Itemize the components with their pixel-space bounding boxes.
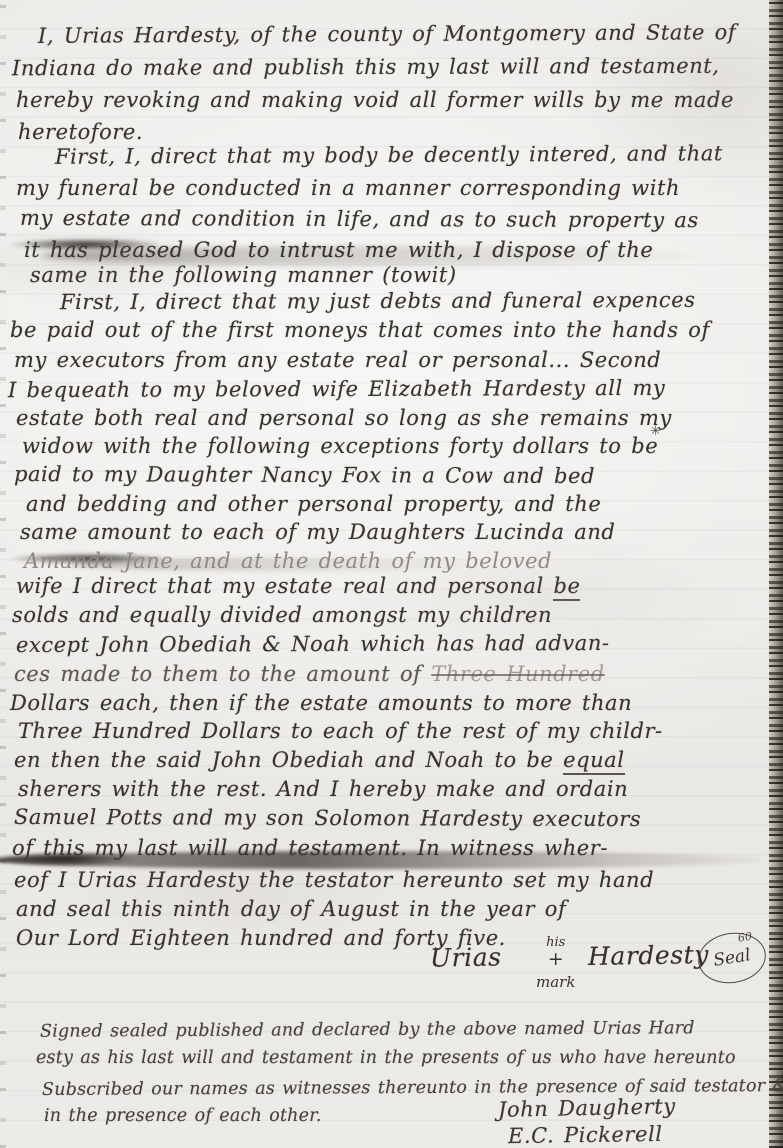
testator-last-name: Hardesty <box>588 940 709 971</box>
will-line: same in the following manner (towit) <box>30 263 457 287</box>
will-line: it has pleased God to intrust me with, I… <box>24 238 653 262</box>
will-line-text: ces made to them to the amount of <box>14 662 431 686</box>
witness-signature: John Daugherty <box>498 1094 676 1122</box>
seal: Seal 60 <box>695 928 770 988</box>
will-line: and bedding and other personal property,… <box>26 492 601 516</box>
will-line: widow with the following exceptions fort… <box>22 434 658 458</box>
document-page: I, Urias Hardesty, of the county of Mont… <box>0 0 783 1148</box>
will-line: sherers with the rest. And I hereby make… <box>18 777 628 801</box>
will-line: estate both real and personal so long as… <box>16 406 672 430</box>
will-line: my estate and condition in life, and as … <box>20 206 699 232</box>
page-binding-edge <box>769 0 783 1148</box>
mark-cross-symbol: + <box>548 950 564 969</box>
will-line: ces made to them to the amount of Three … <box>14 662 605 686</box>
witness-signature: E.C. Pickerell <box>508 1122 663 1148</box>
will-line: same amount to each of my Daughters Luci… <box>20 520 615 544</box>
will-line: I bequeath to my beloved wife Elizabeth … <box>8 376 665 402</box>
will-line: wife I direct that my estate real and pe… <box>16 574 580 598</box>
will-line: my funeral be conducted in a manner corr… <box>16 176 680 200</box>
will-line-text: wife I direct that my estate real and pe… <box>16 574 553 598</box>
will-line: hereby revoking and making void all form… <box>16 88 734 112</box>
attestation-line: esty as his last will and testament in t… <box>36 1048 736 1068</box>
will-line: except John Obediah & Noah which has had… <box>16 631 610 657</box>
will-line-faded: Amanda Jane, and at the death of my belo… <box>24 549 552 573</box>
will-line: Samuel Potts and my son Solomon Hardesty… <box>14 805 641 831</box>
will-line: Indiana do make and publish this my last… <box>12 54 720 80</box>
will-line: solds and equally divided amongst my chi… <box>12 603 552 627</box>
will-line: I, Urias Hardesty, of the county of Mont… <box>38 20 736 48</box>
seal-number: 60 <box>737 930 753 945</box>
will-line: Three Hundred Dollars to each of the res… <box>18 719 663 743</box>
will-line-text: en then the said John Obediah and Noah t… <box>14 748 563 772</box>
will-line: be paid out of the first moneys that com… <box>10 318 710 342</box>
pen-mark: ✳ <box>650 424 661 439</box>
will-line: First, I, direct that my body be decentl… <box>55 141 723 168</box>
attestation-line: Signed sealed published and declared by … <box>40 1018 695 1041</box>
will-line: en then the said John Obediah and Noah t… <box>14 748 625 772</box>
attestation-line: in the presence of each other. <box>44 1106 322 1126</box>
will-line: First, I, direct that my just debts and … <box>60 288 696 314</box>
his-mark: his + mark <box>536 936 575 990</box>
struck-words: Three Hundred <box>431 662 604 686</box>
will-line: heretofore. <box>18 120 143 144</box>
seal-label: Seal <box>712 945 752 971</box>
will-line: paid to my Daughter Nancy Fox in a Cow a… <box>14 462 595 488</box>
testator-first-name: Urias <box>430 942 502 972</box>
underlined-word: equal <box>563 748 624 775</box>
will-line: my executors from any estate real or per… <box>14 348 661 372</box>
will-line: of this my last will and testament. In w… <box>12 836 608 860</box>
mark-label: mark <box>536 975 575 990</box>
will-line: and seal this ninth day of August in the… <box>16 897 566 921</box>
page-left-edge <box>0 0 6 1148</box>
will-line: eof I Urias Hardesty the testator hereun… <box>14 868 654 892</box>
will-line: Dollars each, then if the estate amounts… <box>10 691 632 715</box>
underlined-word: be <box>553 574 580 601</box>
